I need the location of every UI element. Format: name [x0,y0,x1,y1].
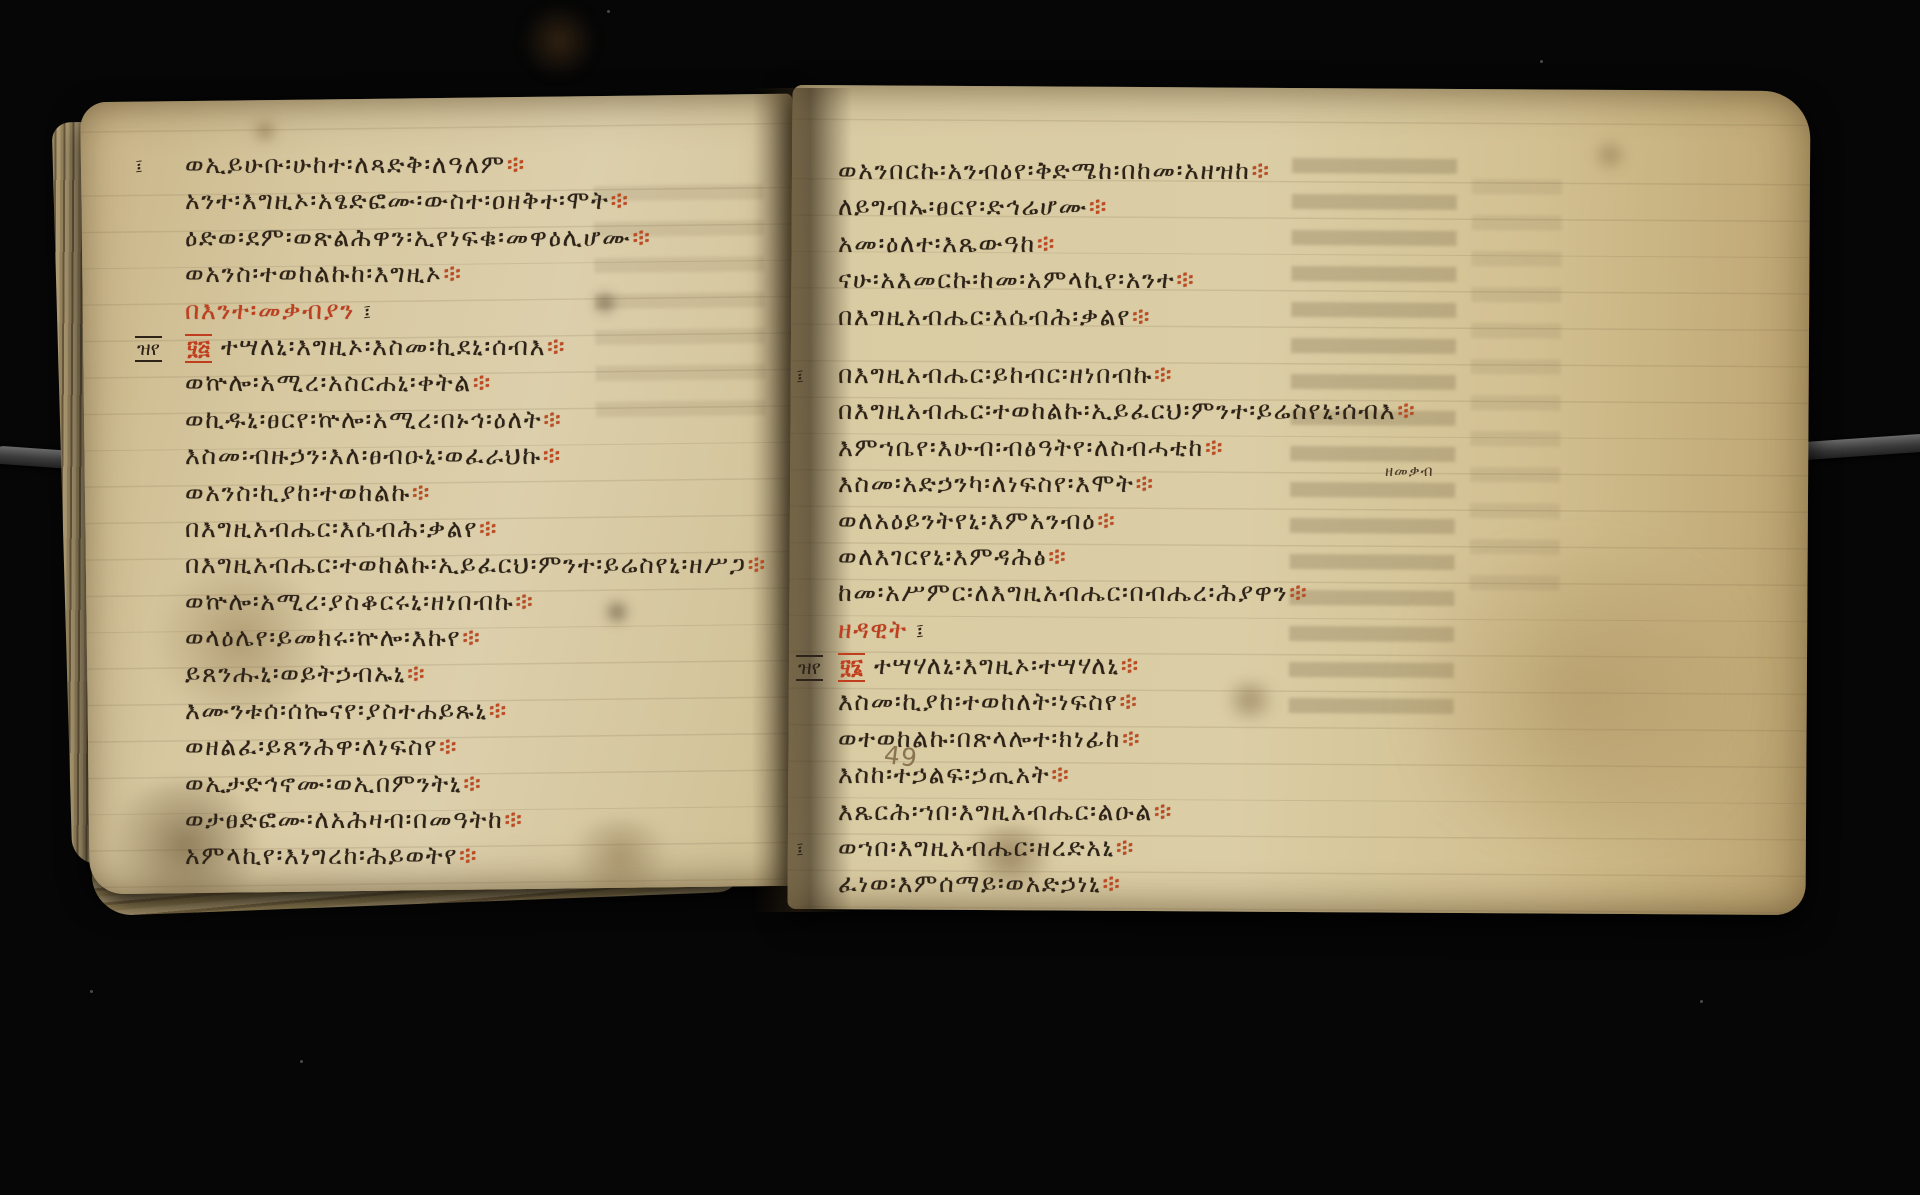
text-line: ወኵሎ፡አሚረ፡አስርሐኒ፡ቀትል፨ [135,368,768,404]
text-line: ዝየ፶፭ተሣለኒ፡እግዚኦ፡እስመ፡ኪደኒ፡ሰብእ፨ [135,332,768,368]
dust-speck [1700,1000,1703,1003]
line-text: ወታፀድፎሙ፡ለአሕዛብ፡በመዓትከ፨ [185,805,525,835]
bleedthrough-text [1469,179,1562,600]
section-cross-mark: ፨ [1154,797,1173,826]
line-text: በእግዚአብሔር፡እሴብሕ፡ቃልየ፨ [838,302,1152,332]
end-punctuation: ፤ [916,619,924,643]
line-text: ወኵሎ፡አሚረ፡ያስቆርሩኒ፡ዘነበብኩ፨ [185,587,535,617]
line-text: ወአንስ፡ኪያከ፡ተወከልኩ፨ [185,478,432,508]
section-cross-mark: ፨ [489,696,508,725]
margin-mark: ፤ [135,156,185,178]
line-text: በእግዚአብሔር፡እሴብሕ፡ቃልየ፨ [185,514,499,544]
dust-speck [1540,60,1543,63]
line-text: ከመ፡አሥምር፡ለእግዚአብሔር፡በብሔረ፡ሕያዋን፨ [838,578,1309,608]
text-line: ወአንስ፡ኪያከ፡ተወከልኩ፨ [135,478,768,514]
line-text: ወዘልፈ፡ይጸንሕዋ፡ለነፍስየ፨ [185,732,459,762]
left-page-text-column: ፤ወኢይሁቡ፡ሁከተ፡ለጻድቅ፡ለዓለም፨አንተ፡እግዚኦ፡አፄድፎሙ፡ውስተ፡… [135,150,768,878]
text-line: ናሁ፡አእመርኩ፡ከመ፡አምላኪየ፡አንተ፨ [796,265,1417,301]
section-cross-mark: ፨ [1089,192,1108,221]
text-line: አንተ፡እግዚኦ፡አፄድፎሙ፡ውስተ፡ዐዘቅተ፡ሞት፨ [135,186,768,222]
section-cross-mark: ፨ [504,805,523,834]
section-cross-mark: ፨ [1132,302,1151,331]
section-cross-mark: ፨ [443,259,462,288]
text-line: ወለእገርየኒ፡እምዳሕፅ፨ [796,542,1417,578]
line-text: ወላዕሌየ፡ይመክሩ፡ኵሎ፡እኩየ፨ [185,623,482,653]
line-text: ተሣሃለኒ፡እግዚኦ፡ተሣሃለኒ፨ [874,651,1141,681]
text-line: ዕድወ፡ደም፡ወጽልሕዋን፡ኢየነፍቁ፡መዋዕሊሆሙ፨ [135,223,768,259]
line-text: ወኢይሁቡ፡ሁከተ፡ለጻድቅ፡ለዓለም፨ [185,150,527,180]
text-line: እሙንቱሰ፡ሰኰናየ፡ያስተሐይጹኒ፨ [135,696,768,732]
section-cross-mark: ፨ [611,186,630,215]
section-cross-mark: ፨ [1136,469,1155,498]
section-cross-mark: ፨ [543,441,562,470]
section-cross-mark: ፨ [1122,724,1141,753]
section-cross-mark: ፨ [1154,360,1173,389]
section-cross-mark: ፨ [632,223,651,252]
line-text: እስመ፡አድኃንካ፡ለነፍስየ፡እሞት፨ [838,469,1156,499]
section-cross-mark: ፨ [407,659,426,688]
margin-mark: ዝየ [796,657,838,679]
text-line: ዝየ፶፮ተሣሃለኒ፡እግዚኦ፡ተሣሃለኒ፨ [796,651,1417,687]
section-cross-mark: ፨ [439,732,458,761]
section-cross-mark: ፨ [1048,542,1067,571]
section-cross-mark: ፨ [1289,578,1308,607]
text-line: በእግዚአብሔር፡ተወከልኩ፡ኢይፈርህ፡ምንተ፡ይሬስየኒ፡ዘሥጋ፨ [135,550,768,586]
section-cross-mark: ፨ [1205,433,1224,462]
section-cross-mark: ፨ [462,623,481,652]
text-line: በእግዚአብሔር፡እሴብሕ፡ቃልየ፨ [796,302,1417,338]
section-cross-mark: ፨ [1116,833,1135,862]
line-text: በእግዚአብሔር፡ተወከልኩ፡ኢይፈርህ፡ምንተ፡ይሬስየኒ፡ዘሥጋ፨ [185,550,768,580]
right-page-text-column: ወአንበርኩ፡አንብዕየ፡ቅድሜከ፡በከመ፡አዘዝከ፨ለይግብኡ፡ፀርየ፡ድኅሬ… [796,156,1417,906]
line-text: አመ፡ዕለተ፡እጼውዓከ፨ [838,229,1057,259]
line-text: እሙንቱሰ፡ሰኰናየ፡ያስተሐይጹኒ፨ [185,696,509,726]
line-text: እስመ፡ኪያከ፡ተወከለት፡ነፍስየ፨ [838,687,1140,717]
right-margin-note: ዘመቃብ [1385,462,1434,480]
line-text: ዕድወ፡ደም፡ወጽልሕዋን፡ኢየነፍቁ፡መዋዕሊሆሙ፨ [185,223,653,253]
text-line: ፤ወኢይሁቡ፡ሁከተ፡ለጻድቅ፡ለዓለም፨ [135,150,768,186]
section-cross-mark: ፨ [515,587,534,616]
text-line: ወዘልፈ፡ይጸንሕዋ፡ለነፍስየ፨ [135,732,768,768]
section-cross-mark: ፨ [1119,687,1138,716]
section-cross-mark: ፨ [543,405,562,434]
line-text: ወኵሎ፡አሚረ፡አስርሐኒ፡ቀትል፨ [185,368,493,398]
text-line: ወኢታድኅኖሙ፡ወኢበምንትኒ፨ [135,769,768,805]
section-cross-mark: ፨ [412,478,431,507]
end-punctuation: ፤ [363,300,371,324]
margin-mark: ዝየ [135,338,185,360]
dust-speck [90,990,93,993]
line-text: ለይግብኡ፡ፀርየ፡ድኅሬሆሙ፨ [838,192,1109,222]
line-text: ወአንስ፡ተወከልኩከ፡እግዚኦ፨ [185,259,463,289]
section-cross-mark: ፨ [473,368,492,397]
line-text: ተሣለኒ፡እግዚኦ፡እስመ፡ኪደኒ፡ሰብእ፨ [221,332,567,362]
section-cross-mark: ፨ [1176,265,1195,294]
text-line: አመ፡ዕለተ፡እጼውዓከ፨ [796,229,1417,265]
section-cross-mark: ፨ [507,150,526,179]
margin-mark: ፤ [796,366,838,388]
line-text: እጼርሕ፡ኀበ፡እግዚአብሔር፡ልዑል፨ [838,797,1174,827]
margin-mark: ፤ [796,839,838,861]
line-text: ዘዳዊት [838,615,908,645]
section-cross-mark: ፨ [463,769,482,798]
text-line: አምላኪየ፡እነግረከ፡ሕይወትየ፨ [135,841,768,877]
text-line: እስመ፡ብዙኃን፡እለ፡ፀብዑኒ፡ወፈራህኩ፨ [135,441,768,477]
line-text: በእንተ፡መቃብያን [185,296,355,326]
text-line: ወኵሎ፡አሚረ፡ያስቆርሩኒ፡ዘነበብኩ፨ [135,587,768,623]
line-text: በእግዚአብሔር፡ይከብር፡ዘነበብኩ፨ [838,360,1174,390]
dust-speck [607,10,610,13]
line-text: እስከ፡ተኃልፍ፡ኃጢአት፨ [838,760,1071,790]
text-line: ወአንበርኩ፡አንብዕየ፡ቅድሜከ፡በከመ፡አዘዝከ፨ [796,156,1417,192]
section-cross-mark: ፨ [1397,396,1416,425]
rubric-line: በእንተ፡መቃብያን፤ [135,296,768,332]
text-line: እስመ፡አድኃንካ፡ለነፍስየ፡እሞት፨ [796,469,1417,505]
folio-number-annotation: 49 [882,740,919,773]
line-text: ወኀበ፡እግዚአብሔር፡ዘረድአኒ፨ [838,833,1136,863]
line-text: እምኀቤየ፡እሁብ፡ብፅዓትየ፡ለስብሓቲከ፨ [838,433,1225,463]
book-cradle-string-right [1798,433,1920,460]
text-line: ወኪዱኒ፡ፀርየ፡ኵሎ፡አሚረ፡በኑኅ፡ዕለት፨ [135,405,768,441]
section-cross-mark: ፨ [479,514,498,543]
text-line: ወአንስ፡ተወከልኩከ፡እግዚኦ፨ [135,259,768,295]
section-cross-mark: ፨ [748,550,767,579]
line-text: አንተ፡እግዚኦ፡አፄድፎሙ፡ውስተ፡ዐዘቅተ፡ሞት፨ [185,186,631,216]
line-text: ወለአዕይንትየኒ፡እምአንብዕ፨ [838,506,1117,536]
line-text: ወተወከልኩ፡በጽላሎተ፡ክነፊከ፨ [838,724,1142,754]
section-cross-mark: ፨ [1037,229,1056,258]
section-cross-mark: ፨ [547,332,566,361]
line-text: ወኪዱኒ፡ፀርየ፡ኵሎ፡አሚረ፡በኑኅ፡ዕለት፨ [185,405,563,435]
text-line: በእግዚአብሔር፡እሴብሕ፡ቃልየ፨ [135,514,768,550]
line-text: እስመ፡ብዙኃን፡እለ፡ፀብዑኒ፡ወፈራህኩ፨ [185,441,563,471]
line-text: አምላኪየ፡እነግረከ፡ሕይወትየ፨ [185,841,479,871]
dust-speck [300,1060,303,1063]
stain [522,4,596,78]
line-text: ፈነወ፡እምሰማይ፡ወአድኃነኒ፨ [838,869,1122,899]
section-cross-mark: ፨ [1051,760,1070,789]
line-text: ናሁ፡አእመርኩ፡ከመ፡አምላኪየ፡አንተ፨ [838,265,1196,295]
line-text: ወኢታድኅኖሙ፡ወኢበምንትኒ፨ [185,769,483,799]
section-cross-mark: ፨ [1121,651,1140,680]
section-cross-mark: ፨ [459,841,478,870]
psalm-number: ፶፭ [185,334,212,363]
text-line: ለይግብኡ፡ፀርየ፡ድኅሬሆሙ፨ [796,192,1417,228]
text-line: ወታፀድፎሙ፡ለአሕዛብ፡በመዓትከ፨ [135,805,768,841]
section-cross-mark: ፨ [1102,869,1121,898]
text-line: ይጸንሑኒ፡ወይትኃብኡኒ፨ [135,659,768,695]
manuscript-photo: ፤ወኢይሁቡ፡ሁከተ፡ለጻድቅ፡ለዓለም፨አንተ፡እግዚኦ፡አፄድፎሙ፡ውስተ፡… [0,0,1920,1195]
text-line: እጼርሕ፡ኀበ፡እግዚአብሔር፡ልዑል፨ [796,797,1417,833]
line-text: ወአንበርኩ፡አንብዕየ፡ቅድሜከ፡በከመ፡አዘዝከ፨ [838,156,1272,186]
text-line: ፤በእግዚአብሔር፡ይከብር፡ዘነበብኩ፨ [796,360,1417,396]
text-line: ወላዕሌየ፡ይመክሩ፡ኵሎ፡እኩየ፨ [135,623,768,659]
rubric-line: ዘዳዊት፤ [796,615,1417,651]
line-text: ይጸንሑኒ፡ወይትኃብኡኒ፨ [185,659,427,689]
section-cross-mark: ፨ [1252,156,1271,185]
line-text: በእግዚአብሔር፡ተወከልኩ፡ኢይፈርህ፡ምንተ፡ይሬስየኒ፡ሰብእ፨ [838,396,1417,426]
section-cross-mark: ፨ [1097,506,1116,535]
text-line: ፤ወኀበ፡እግዚአብሔር፡ዘረድአኒ፨ [796,833,1417,869]
psalm-number: ፶፮ [838,653,865,682]
text-line: ከመ፡አሥምር፡ለእግዚአብሔር፡በብሔረ፡ሕያዋን፨ [796,578,1417,614]
line-text: ወለእገርየኒ፡እምዳሕፅ፨ [838,542,1068,572]
text-line: በእግዚአብሔር፡ተወከልኩ፡ኢይፈርህ፡ምንተ፡ይሬስየኒ፡ሰብእ፨ [796,396,1417,432]
text-line: ወለአዕይንትየኒ፡እምአንብዕ፨ [796,506,1417,542]
text-line: እምኀቤየ፡እሁብ፡ብፅዓትየ፡ለስብሓቲከ፨ [796,433,1417,469]
text-line: እስመ፡ኪያከ፡ተወከለት፡ነፍስየ፨ [796,687,1417,723]
text-line: ፈነወ፡እምሰማይ፡ወአድኃነኒ፨ [796,869,1417,905]
